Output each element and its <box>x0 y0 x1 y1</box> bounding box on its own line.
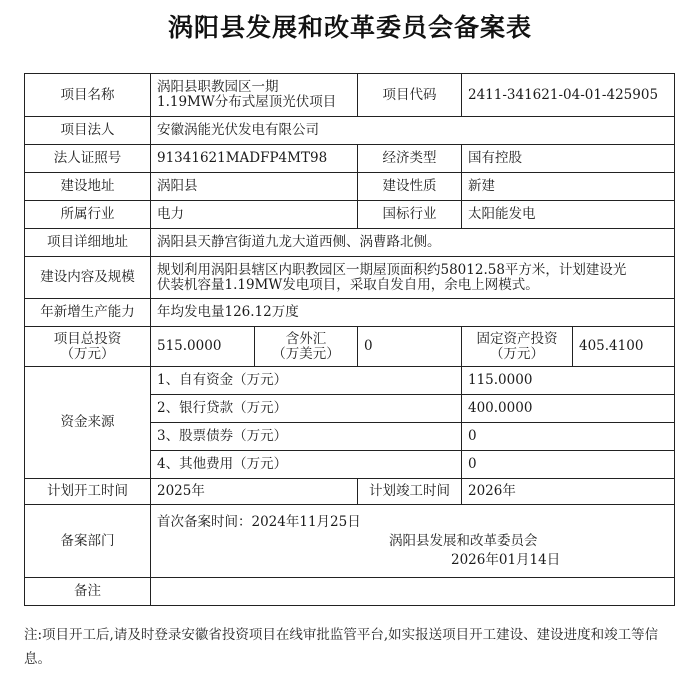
value-detail-address: 涡阳县天静宫街道九龙大道西侧、涡曹路北侧。 <box>150 228 675 257</box>
value-project-name: 涡阳县职教园区一期 1.19MW分布式屋顶光伏项目 <box>150 73 358 117</box>
scope-line1: 规划利用涡阳县辖区内职教园区一期屋顶面积约58012.58平方米，计划建设光 <box>157 263 626 278</box>
value-fixed-assets: 405.4100 <box>572 326 675 367</box>
value-end-time: 2026年 <box>461 478 675 505</box>
label-fixed-assets: 固定资产投资 （万元） <box>461 326 573 367</box>
label-total-investment: 项目总投资 （万元） <box>24 326 151 367</box>
value-foreign-exchange: 0 <box>357 326 462 367</box>
value-remarks <box>150 577 675 606</box>
funding-item-value: 115.0000 <box>461 366 675 395</box>
label-project-name: 项目名称 <box>24 73 151 117</box>
label-end-time: 计划竣工时间 <box>357 478 462 505</box>
label-location: 建设地址 <box>24 172 151 201</box>
label-foreign-exchange: 含外汇 （万美元） <box>254 326 358 367</box>
page-title: 涡阳县发展和改革委员会备案表 <box>0 8 700 44</box>
label-national-industry: 国标行业 <box>357 200 462 229</box>
value-capacity: 年均发电量126.12万度 <box>150 298 675 327</box>
foreign-exchange-label-line2: （万美元） <box>272 347 340 362</box>
value-location: 涡阳县 <box>150 172 358 201</box>
total-investment-label-line2: （万元） <box>61 347 115 362</box>
value-industry: 电力 <box>150 200 358 229</box>
footer-note: 注:项目开工后,请及时登录安徽省投资项目在线审批监管平台,如实报送项目开工建设、… <box>24 623 674 671</box>
label-industry: 所属行业 <box>24 200 151 229</box>
label-license-no: 法人证照号 <box>24 144 151 173</box>
funding-item-value: 400.0000 <box>461 394 675 423</box>
project-name-line1: 涡阳县职教园区一期 <box>157 80 279 95</box>
value-nature: 新建 <box>461 172 675 201</box>
filing-table: 项目名称 涡阳县职教园区一期 1.19MW分布式屋顶光伏项目 项目代码 2411… <box>24 73 675 605</box>
funding-item-value: 0 <box>461 422 675 451</box>
label-scope: 建设内容及规模 <box>24 256 151 299</box>
funding-item-label: 3、股票债券（万元） <box>150 422 462 451</box>
fixed-assets-label-line2: （万元） <box>490 347 544 362</box>
value-economic-type: 国有控股 <box>461 144 675 173</box>
first-filing-time: 首次备案时间：2024年11月25日 <box>157 513 674 532</box>
funding-item-label: 1、自有资金（万元） <box>150 366 462 395</box>
label-dept: 备案部门 <box>24 504 151 578</box>
value-national-industry: 太阳能发电 <box>461 200 675 229</box>
project-name-line2: 1.19MW分布式屋顶光伏项目 <box>157 95 336 110</box>
label-project-code: 项目代码 <box>357 73 462 117</box>
funding-item-label: 2、银行贷款（万元） <box>150 394 462 423</box>
value-dept: 首次备案时间：2024年11月25日 涡阳县发展和改革委员会 2026年01月1… <box>150 504 675 578</box>
value-total-investment: 515.0000 <box>150 326 255 367</box>
funding-item-label: 4、其他费用（万元） <box>150 450 462 479</box>
value-license-no: 91341621MADFP4MT98 <box>150 144 358 173</box>
foreign-exchange-label-line1: 含外汇 <box>286 332 327 347</box>
filing-org: 涡阳县发展和改革委员会 <box>157 532 674 551</box>
label-funding: 资金来源 <box>24 366 151 479</box>
label-legal-entity: 项目法人 <box>24 116 151 145</box>
filing-date: 2026年01月14日 <box>157 551 674 570</box>
total-investment-label-line1: 项目总投资 <box>54 332 122 347</box>
label-economic-type: 经济类型 <box>357 144 462 173</box>
value-scope: 规划利用涡阳县辖区内职教园区一期屋顶面积约58012.58平方米，计划建设光 伏… <box>150 256 675 299</box>
value-project-code: 2411-341621-04-01-425905 <box>461 73 675 117</box>
value-legal-entity: 安徽涡能光伏发电有限公司 <box>150 116 675 145</box>
label-capacity: 年新增生产能力 <box>24 298 151 327</box>
label-start-time: 计划开工时间 <box>24 478 151 505</box>
label-remarks: 备注 <box>24 577 151 606</box>
fixed-assets-label-line1: 固定资产投资 <box>477 332 558 347</box>
funding-item-value: 0 <box>461 450 675 479</box>
scope-line2: 伏装机容量1.19MW发电项目，采取自发自用，余电上网模式。 <box>157 278 539 293</box>
label-nature: 建设性质 <box>357 172 462 201</box>
label-detail-address: 项目详细地址 <box>24 228 151 257</box>
value-start-time: 2025年 <box>150 478 358 505</box>
